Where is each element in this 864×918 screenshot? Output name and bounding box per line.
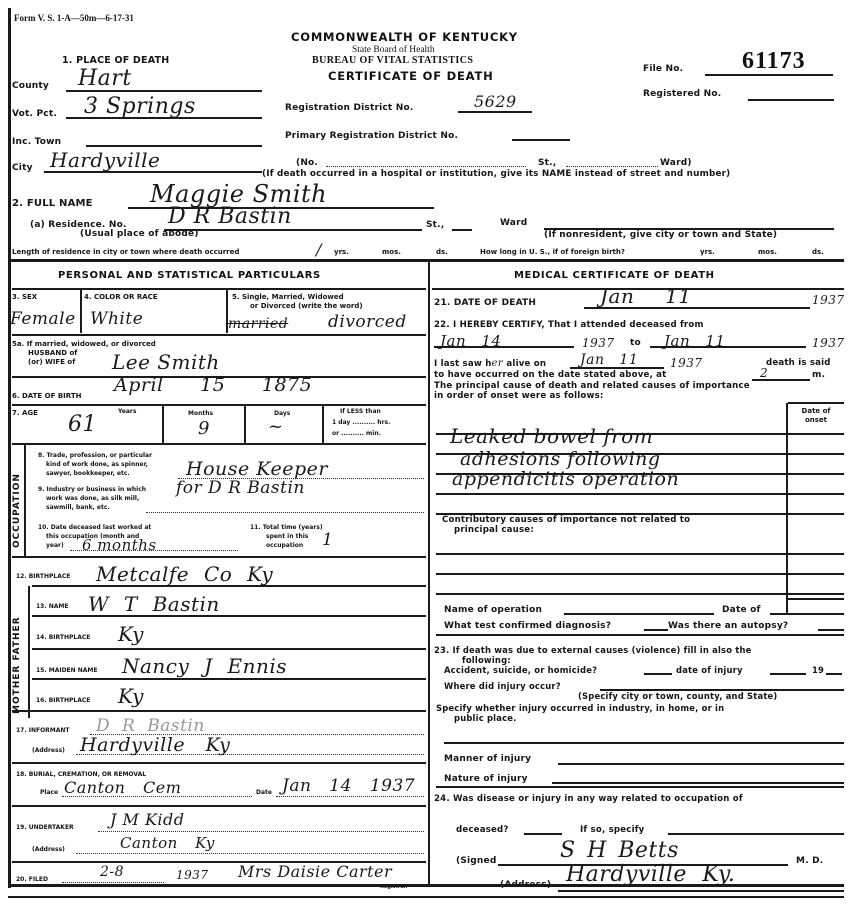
- if-so-field[interactable]: [668, 833, 844, 835]
- marital-label-1: 5. Single, Married, Widowed: [232, 293, 344, 301]
- burial-label: 18. BURIAL, CREMATION, OR REMOVAL: [16, 771, 146, 778]
- father-name-value[interactable]: W T Bastin: [88, 592, 220, 616]
- total-time-value[interactable]: 1: [322, 530, 333, 550]
- address-value[interactable]: Hardyville Ky.: [566, 862, 735, 887]
- specify-whether-field[interactable]: [444, 742, 844, 744]
- header-divider: [8, 259, 844, 262]
- m-label: m.: [812, 370, 825, 380]
- burial-place-label: Place: [40, 789, 58, 796]
- md-label: M. D.: [796, 856, 823, 866]
- last-saw-text: I last saw h: [434, 359, 492, 369]
- last-saw-pronoun[interactable]: er: [492, 358, 504, 369]
- operation-field[interactable]: [564, 613, 714, 615]
- date-of-death-year[interactable]: 1937: [812, 293, 845, 307]
- burial-date-value[interactable]: Jan 14 1937: [282, 776, 415, 796]
- marital-struck-value: married: [228, 316, 288, 332]
- burial-place-value[interactable]: Canton Cem: [64, 778, 181, 797]
- us-mos-label: mos.: [758, 248, 777, 256]
- spouse-label-1: 5a. If married, widowed, or divorced: [12, 340, 156, 348]
- undertaker-label: 19. UNDERTAKER: [16, 824, 74, 831]
- manner-field[interactable]: [558, 763, 844, 765]
- operation-label: Name of operation: [444, 605, 542, 615]
- occurred-label: to have occurred on the date stated abov…: [434, 370, 667, 380]
- primary-registration-label: Primary Registration District No.: [285, 131, 458, 141]
- us-residence-label: How long in U. S., if of foreign birth?: [480, 248, 625, 256]
- cause-label-2: in order of onset were as follows:: [434, 391, 604, 401]
- registered-no-field[interactable]: [748, 99, 834, 101]
- accident-label: Accident, suicide, or homicide?: [444, 665, 597, 675]
- filed-line: [62, 882, 164, 883]
- deceased-label: deceased?: [456, 825, 509, 835]
- external-label-2: following:: [462, 655, 511, 665]
- contributory-line-3: [436, 593, 844, 595]
- dob-value[interactable]: April 15 1875: [114, 374, 312, 396]
- marital-value[interactable]: divorced: [328, 312, 407, 332]
- attended-from-value[interactable]: Jan 14: [440, 332, 501, 350]
- less-than-label-2: 1 day .......... hrs.: [332, 419, 390, 426]
- filed-year-value[interactable]: 1937: [176, 868, 209, 882]
- vot-pct-label: Vot. Pct.: [12, 109, 57, 119]
- bottom-double-line: [8, 896, 844, 898]
- spouse-label-3: (or) WIFE of: [28, 358, 75, 366]
- months-days-divider: [244, 405, 246, 443]
- file-no-value[interactable]: 61173: [742, 48, 806, 75]
- death-said-label: death is said: [766, 358, 831, 368]
- industry-value[interactable]: for D R Bastin: [176, 478, 305, 498]
- contributory-line-2: [436, 573, 844, 575]
- burial-date-line: [276, 796, 424, 797]
- attended-from-year[interactable]: 1937: [582, 336, 615, 350]
- deceased-field[interactable]: [524, 833, 562, 835]
- occurred-time-value[interactable]: 2: [760, 366, 768, 380]
- injury-year-field[interactable]: [826, 673, 842, 675]
- row-18-line: [12, 805, 426, 807]
- street-label: St.,: [538, 158, 556, 168]
- trade-value[interactable]: House Keeper: [186, 458, 328, 480]
- last-worked-value[interactable]: 6 months: [82, 536, 157, 554]
- sex-label: 3. SEX: [12, 293, 37, 301]
- residence-sub-label: (Usual place of abode): [80, 229, 199, 239]
- last-worked-label-3: year): [46, 542, 64, 549]
- length-yrs-label: yrs.: [334, 248, 349, 256]
- form-id: Form V. S. 1-A—50m—6-17-31: [14, 13, 134, 23]
- county-label: County: [12, 81, 49, 91]
- vot-pct-value[interactable]: 3 Springs: [84, 94, 196, 119]
- informant-value[interactable]: D R Bastin: [96, 716, 205, 736]
- personal-title-line: [12, 288, 426, 290]
- full-name-label: 2. FULL NAME: [12, 198, 93, 209]
- registration-district-line: [458, 111, 532, 113]
- trade-label-1: 8. Trade, profession, or particular: [38, 452, 152, 459]
- test-label: What test confirmed diagnosis?: [444, 621, 611, 631]
- row-13-line: [32, 615, 426, 617]
- primary-registration-field[interactable]: [512, 139, 570, 141]
- place-of-death-heading: 1. PLACE OF DEATH: [62, 55, 169, 66]
- marital-label-2: or Divorced (write the word): [250, 302, 363, 310]
- date-of-death-value[interactable]: Jan 11: [600, 284, 692, 308]
- operation-date-label: Date of: [722, 605, 761, 615]
- ward-label: Ward): [660, 158, 692, 168]
- months-label: Months: [188, 410, 213, 417]
- operation-divider: [436, 634, 844, 636]
- undertaker-address-line: [76, 853, 424, 854]
- nature-field[interactable]: [552, 782, 844, 784]
- industry-label-2: work was done, as silk mill,: [46, 495, 139, 502]
- informant-address-label: (Address): [32, 747, 65, 754]
- registration-district-value[interactable]: 5629: [474, 92, 517, 111]
- nature-label: Nature of injury: [444, 774, 528, 784]
- medical-section-title: MEDICAL CERTIFICATE OF DEATH: [514, 270, 715, 281]
- residence-street-label: St.,: [426, 220, 444, 230]
- occupation-divider: [24, 444, 26, 556]
- months-value[interactable]: 9: [198, 418, 210, 439]
- city-label: City: [12, 163, 33, 173]
- autopsy-field[interactable]: [818, 629, 844, 631]
- total-time-label-1: 11. Total time (years): [250, 524, 323, 531]
- mother-birthplace-label: 16. BIRTHPLACE: [36, 697, 90, 704]
- undertaker-value[interactable]: J M Kidd: [110, 810, 185, 829]
- burial-date-label: Date: [256, 789, 272, 796]
- total-time-label-2: spent in this: [266, 533, 308, 540]
- last-worked-label-1: 10. Date deceased last worked at: [38, 524, 151, 531]
- length-mos-label: mos.: [382, 248, 401, 256]
- contributory-label-2: principal cause:: [454, 525, 534, 535]
- cause-1-value[interactable]: Leaked bowel from: [450, 424, 653, 448]
- spouse-value[interactable]: Lee Smith: [112, 350, 220, 374]
- row-17-line: [12, 762, 426, 764]
- date-of-onset-label: Date of onset: [792, 407, 840, 425]
- days-less-divider: [322, 405, 324, 443]
- father-name-label: 13. NAME: [36, 603, 68, 610]
- spouse-label-2: HUSBAND of: [28, 349, 77, 357]
- less-than-label-3: or .......... min.: [332, 430, 381, 437]
- age-years-value[interactable]: 61: [68, 412, 97, 437]
- specify-city-note: (Specify city or town, county, and State…: [578, 691, 777, 701]
- nonresident-note: (If nonresident, give city or town and S…: [544, 230, 777, 240]
- undertaker-line: [98, 831, 424, 832]
- specify-whether-2: public place.: [454, 713, 517, 723]
- contributory-line-1: [436, 553, 844, 555]
- document-title-certificate: CERTIFICATE OF DEATH: [328, 69, 494, 83]
- address-label: (Address): [500, 880, 551, 890]
- sex-value[interactable]: Female: [10, 309, 76, 329]
- external-label-1: 23. If death was due to external causes …: [434, 645, 752, 655]
- trade-label-2: kind of work done, as spinner,: [46, 461, 148, 468]
- father-birthplace-label: 14. BIRTHPLACE: [36, 634, 90, 641]
- test-field[interactable]: [644, 629, 668, 631]
- birthplace-label: 12. BIRTHPLACE: [16, 573, 70, 580]
- street-no-label: (No.: [296, 158, 318, 168]
- occupation-vertical-label: OCCUPATION: [12, 452, 22, 548]
- row-10-line: [12, 556, 426, 558]
- county-value[interactable]: Hart: [78, 66, 132, 91]
- length-ds-label: ds.: [436, 248, 448, 256]
- informant-label: 17. INFORMANT: [16, 727, 70, 734]
- cause-line-4: [436, 493, 844, 495]
- residence-ward-field[interactable]: [452, 229, 472, 231]
- hospital-note: (If death occurred in a hospital or inst…: [262, 169, 730, 179]
- last-saw-year[interactable]: 1937: [670, 356, 703, 370]
- attended-to-value[interactable]: Jan 11: [664, 332, 725, 350]
- row-15-line: [32, 678, 426, 680]
- certify-label: 22. I HEREBY CERTIFY, That I attended de…: [434, 320, 704, 330]
- years-label: Years: [118, 408, 136, 415]
- industry-label-1: 9. Industry or business in which: [38, 486, 146, 493]
- length-residence-years-value[interactable]: /: [316, 240, 322, 259]
- date-injury-field[interactable]: [770, 673, 806, 675]
- less-than-label-1: If LESS than: [340, 408, 381, 415]
- contributory-line-4: [786, 598, 844, 600]
- race-value[interactable]: White: [90, 309, 143, 329]
- nature-divider: [436, 786, 844, 788]
- row-3-line: [12, 334, 426, 336]
- row-7-line: [12, 443, 426, 445]
- birthplace-value[interactable]: Metcalfe Co Ky: [96, 562, 273, 586]
- parents-divider: [28, 586, 30, 718]
- where-injury-label: Where did injury occur?: [444, 681, 561, 691]
- registered-no-label: Registered No.: [643, 89, 721, 99]
- registrar-value[interactable]: Mrs Daisie Carter: [238, 862, 392, 881]
- residence-line: [164, 229, 422, 231]
- manner-label: Manner of injury: [444, 754, 531, 764]
- us-ds-label: ds.: [812, 248, 824, 256]
- row-12-line: [32, 585, 426, 587]
- injury-year-label: 19: [812, 665, 824, 675]
- days-value[interactable]: ~: [268, 416, 284, 437]
- informant-address-value[interactable]: Hardyville Ky: [80, 734, 230, 756]
- specify-whether-1: Specify whether injury occurred in indus…: [436, 703, 724, 713]
- industry-line: [146, 512, 424, 513]
- filed-label: 20. FILED: [16, 876, 48, 883]
- mother-maiden-value[interactable]: Nancy J Ennis: [122, 654, 287, 678]
- undertaker-address-label: (Address): [32, 846, 65, 853]
- date-injury-label: date of injury: [676, 665, 743, 675]
- inc-town-field[interactable]: [86, 145, 262, 147]
- registration-district-label: Registration District No.: [285, 103, 414, 113]
- row-6-line: [12, 404, 426, 406]
- row-14-line: [32, 648, 426, 650]
- father-birthplace-value[interactable]: Ky: [118, 622, 144, 646]
- last-saw-value[interactable]: Jan 11: [580, 352, 638, 368]
- if-so-label: If so, specify: [580, 825, 644, 835]
- alive-on-text: alive on: [506, 359, 546, 369]
- cause-3-value[interactable]: appendicitis operation: [452, 468, 679, 490]
- undertaker-address-value[interactable]: Canton Ky: [120, 834, 215, 852]
- residence-ward-label: Ward: [500, 218, 527, 228]
- inc-town-label: Inc. Town: [12, 137, 61, 147]
- industry-label-3: sawmill, bank, etc.: [46, 504, 110, 511]
- row-16-line: [12, 710, 426, 712]
- mother-maiden-label: 15. MAIDEN NAME: [36, 667, 98, 674]
- operation-date-field[interactable]: [770, 613, 844, 615]
- center-divider: [428, 262, 430, 884]
- signed-value[interactable]: S H Betts: [560, 838, 679, 863]
- us-yrs-label: yrs.: [700, 248, 715, 256]
- race-label: 4. COLOR OR RACE: [84, 293, 158, 301]
- city-value[interactable]: Hardyville: [50, 148, 160, 172]
- address-line: [558, 890, 844, 892]
- date-of-death-label: 21. DATE OF DEATH: [434, 298, 536, 308]
- trade-label-3: sawyer, bookkeeper, etc.: [46, 470, 130, 477]
- onset-column-divider: [786, 403, 788, 615]
- document-title-commonwealth: COMMONWEALTH OF KENTUCKY: [291, 30, 518, 44]
- file-no-label: File No.: [643, 64, 683, 74]
- document-subtitle-bureau: BUREAU OF VITAL STATISTICS: [312, 55, 473, 66]
- mother-birthplace-value[interactable]: Ky: [118, 684, 144, 708]
- residence-value[interactable]: D R Bastin: [168, 204, 292, 229]
- attended-to-year[interactable]: 1937: [812, 336, 845, 350]
- to-label: to: [630, 338, 641, 348]
- total-time-label-3: occupation: [266, 542, 303, 549]
- contributory-label-1: Contributory causes of importance not re…: [442, 515, 690, 525]
- dob-label: 6. DATE OF BIRTH: [12, 392, 81, 400]
- document-subtitle-board: State Board of Health: [352, 45, 435, 55]
- onset-top-line: [788, 402, 844, 404]
- left-border: [8, 8, 11, 888]
- registrar-label: Registrar.: [380, 884, 407, 890]
- cause-2-value[interactable]: adhesions following: [460, 448, 661, 470]
- street-no-field[interactable]: [326, 166, 526, 167]
- parents-vertical-label: MOTHER FATHER: [12, 590, 22, 714]
- age-months-divider: [162, 405, 164, 443]
- last-saw-label: I last saw her alive on: [434, 358, 546, 369]
- autopsy-label: Was there an autopsy?: [668, 621, 788, 631]
- ward-field[interactable]: [566, 166, 658, 167]
- age-label: 7. AGE: [12, 409, 38, 417]
- length-residence-label: Length of residence in city or town wher…: [12, 248, 239, 256]
- accident-field[interactable]: [644, 673, 672, 675]
- signed-label: (Signed: [456, 856, 496, 866]
- sex-race-divider: [80, 289, 82, 333]
- personal-section-title: PERSONAL AND STATISTICAL PARTICULARS: [58, 270, 321, 281]
- cause-label-1: The principal cause of death and related…: [434, 381, 750, 391]
- occupation-related-label: 24. Was disease or injury in any way rel…: [434, 794, 743, 804]
- filed-date-value[interactable]: 2-8: [100, 864, 124, 880]
